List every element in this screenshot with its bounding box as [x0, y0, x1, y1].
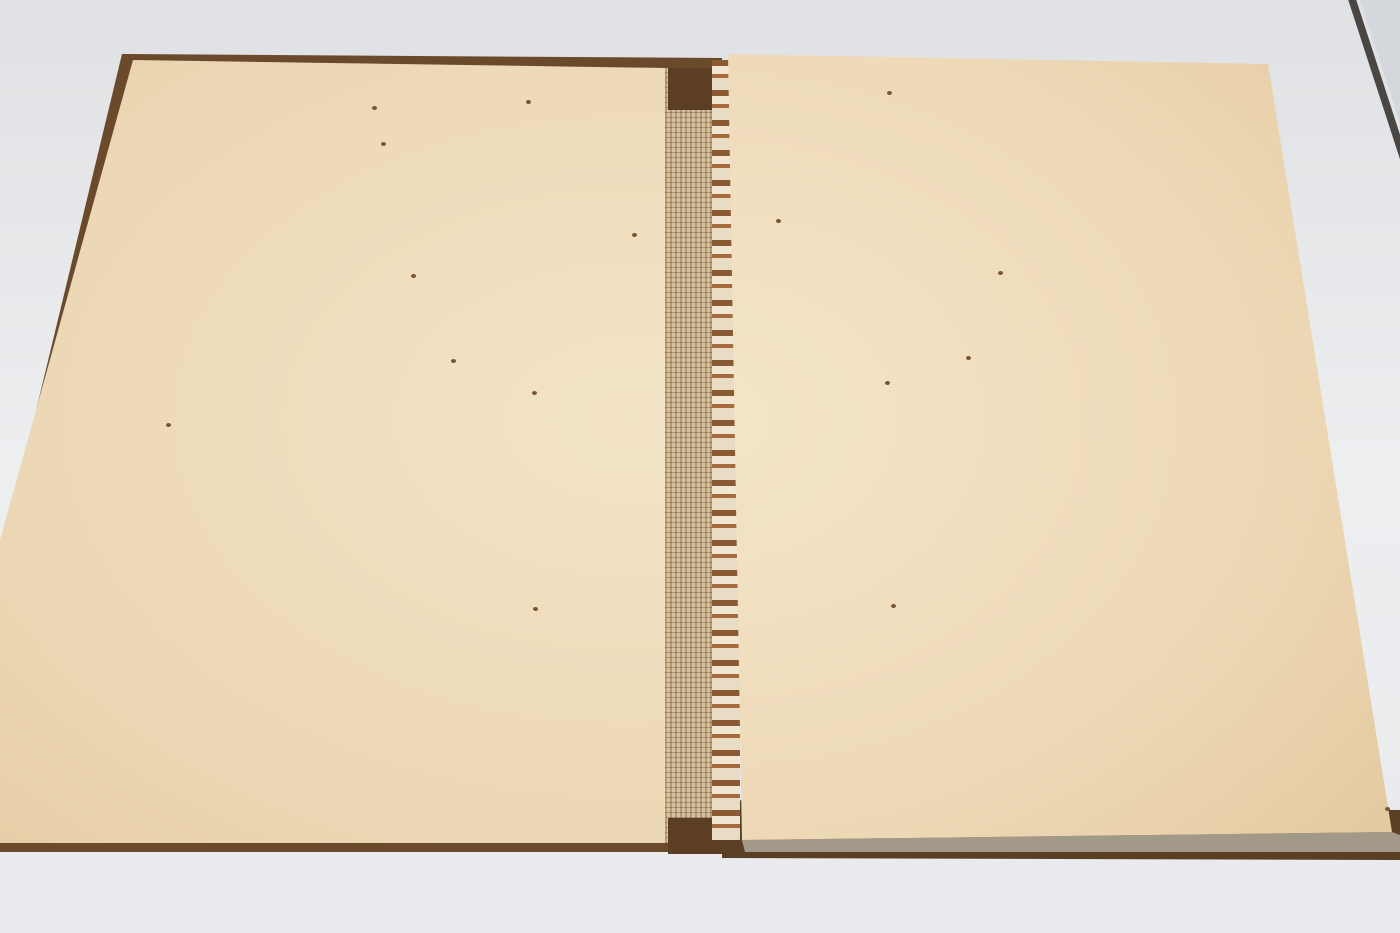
foxing-spot — [381, 142, 386, 146]
foxing-spot — [526, 100, 531, 104]
foxing-spot — [891, 604, 896, 608]
foxing-spot — [966, 356, 971, 360]
spine-top — [668, 68, 714, 110]
foxing-spot — [372, 106, 377, 110]
spine-mesh — [665, 68, 715, 843]
foxing-spot — [887, 91, 892, 95]
foxing-spot — [411, 274, 416, 278]
foxing-spot — [632, 233, 637, 237]
foxing-spot — [776, 219, 781, 223]
foxing-spot — [998, 271, 1003, 275]
book — [0, 0, 1400, 933]
foxing-spot — [451, 359, 456, 363]
foxing-spot — [533, 607, 538, 611]
foxing-spot — [166, 423, 171, 427]
foxing-spot — [885, 381, 890, 385]
foxing-spot — [532, 391, 537, 395]
foxing-spot — [1385, 807, 1390, 811]
